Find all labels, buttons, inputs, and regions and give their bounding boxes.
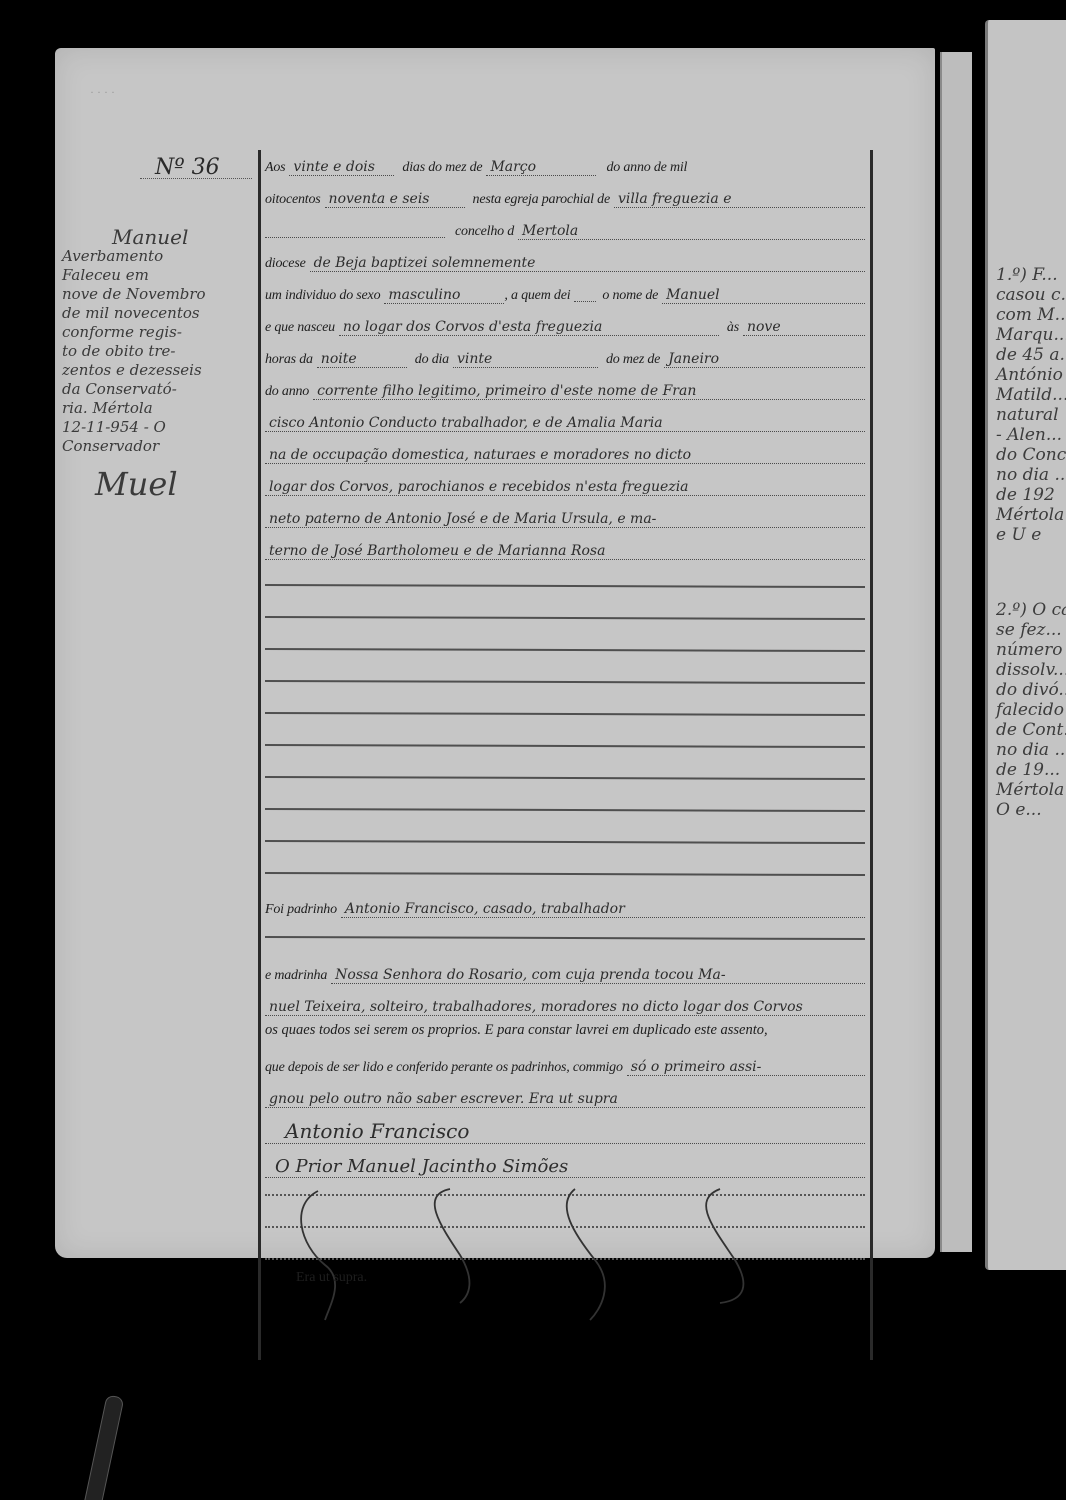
handwritten-birth-month: Janeiro (664, 351, 865, 368)
margin-annotation-line: da Conservató- (62, 380, 257, 399)
margin-column-rule (258, 150, 261, 1360)
printed-text: às (727, 320, 739, 336)
printed-text: o nome de (602, 288, 658, 304)
handwritten-given-name: Manuel (662, 287, 865, 304)
handwritten-municipality: Mertola (518, 223, 865, 240)
handwritten-text: só o primeiro assi- (627, 1059, 865, 1076)
handwritten-godfather: Antonio Francisco, casado, trabalhador (341, 901, 865, 918)
margin-annotation-name: Manuel (62, 228, 257, 247)
entry-number-underline (140, 178, 252, 179)
margin-annotation-line: 12-11-954 - O (62, 418, 257, 437)
facing-page-note-2: 2.º) O ca... se fez... número dissolv...… (996, 600, 1066, 820)
printed-text: do mez de (606, 352, 660, 368)
right-border-rule (870, 150, 873, 1360)
printed-text: concelho d (455, 224, 514, 240)
record-line-11: logar dos Corvos, parochianos e recebido… (265, 470, 865, 496)
printed-text: diocese (265, 256, 306, 272)
era-ut-supra: Era ut supra. (296, 1270, 367, 1286)
handwritten-text: cisco Antonio Conducto trabalhador, e de… (265, 415, 865, 432)
record-line-2: oitocentos noventa e seis nesta egreja p… (265, 182, 865, 208)
handwritten-year: noventa e seis (325, 191, 465, 208)
printed-text: Foi padrinho (265, 902, 337, 918)
record-line-5: um individuo do sexo masculino , a quem … (265, 278, 865, 304)
record-line-10: na de occupação domestica, naturaes e mo… (265, 438, 865, 464)
margin-annotation-line: to de obito tre- (62, 342, 257, 361)
signature-godfather: Antonio Francisco (265, 1119, 865, 1144)
handwritten-period: noite (317, 351, 407, 368)
margin-annotation-line: Averbamento (62, 247, 257, 266)
handwritten-birthplace: no logar dos Corvos d'esta freguezia (339, 319, 719, 336)
godfather-line: Foi padrinho Antonio Francisco, casado, … (265, 892, 865, 918)
handwritten-godmother: Nossa Senhora do Rosario, com cuja prend… (331, 967, 865, 984)
printed-text: , a quem dei (504, 288, 570, 304)
handwritten-day: vinte e dois (289, 159, 394, 176)
printed-text: do anno de mil (606, 160, 687, 176)
handwritten-month: Março (486, 159, 596, 176)
handwritten-text: terno de José Bartholomeu e de Marianna … (265, 543, 865, 560)
printed-text: Aos (265, 160, 285, 176)
printed-text: dias do mez de (402, 160, 482, 176)
record-line-6: e que nasceu no logar dos Corvos d'esta … (265, 310, 865, 336)
facing-page: 1.º) F... casou c... com M... Marqu... d… (985, 20, 1066, 1270)
closing-line-3: gnou pelo outro não saber escrever. Era … (265, 1082, 865, 1108)
printed-text: do dia (415, 352, 449, 368)
margin-annotation-line: conforme regis- (62, 323, 257, 342)
handwritten-text: corrente filho legitimo, primeiro d'este… (313, 383, 865, 400)
record-line-7: horas da noite do dia vinte do mez de Ja… (265, 342, 865, 368)
handwritten-hour: nove (743, 319, 865, 336)
closing-line-2: que depois de ser lido e conferido peran… (265, 1050, 865, 1076)
handwritten-sex: masculino (384, 287, 504, 304)
bleed-through-text: · · · · (90, 85, 115, 100)
printed-text: do anno (265, 384, 309, 400)
margin-signature: Muel (95, 465, 178, 503)
godmother-line-cont: nuel Teixeira, solteiro, trabalhadores, … (265, 990, 865, 1016)
margin-annotation-line: nove de Novembro (62, 285, 257, 304)
page-marker-ribbon (84, 1394, 125, 1500)
margin-annotation: Manuel Averbamento Faleceu em nove de No… (62, 228, 257, 456)
signature-line-1: Antonio Francisco (265, 1112, 865, 1144)
page-binding-edge (940, 52, 972, 1252)
record-line-4: diocese de Beja baptizei solemnemente (265, 246, 865, 272)
printed-text: nesta egreja parochial de (473, 192, 610, 208)
record-line-13: terno de José Bartholomeu e de Marianna … (265, 534, 865, 560)
cancellation-stroke (290, 1185, 360, 1325)
cancellation-stroke (555, 1185, 625, 1325)
record-line-1: Aos vinte e dois dias do mez de Março do… (265, 150, 865, 176)
facing-page-note-1: 1.º) F... casou c... com M... Marqu... d… (996, 265, 1066, 545)
printed-text: um individuo do sexo (265, 288, 380, 304)
godmother-line: e madrinha Nossa Senhora do Rosario, com… (265, 958, 865, 984)
signature-prior: O Prior Manuel Jacintho Simões (265, 1156, 865, 1178)
printed-text: e que nasceu (265, 320, 335, 336)
margin-annotation-line: Faleceu em (62, 266, 257, 285)
handwritten-text: gnou pelo outro não saber escrever. Era … (265, 1091, 865, 1108)
record-line-9: cisco Antonio Conducto trabalhador, e de… (265, 406, 865, 432)
record-line-3: concelho d Mertola (265, 214, 865, 240)
handwritten-parish: villa freguezia e (614, 191, 865, 208)
handwritten-birth-day: vinte (453, 351, 598, 368)
record-line-12: neto paterno de Antonio José e de Maria … (265, 502, 865, 528)
margin-annotation-line: zentos e dezesseis (62, 361, 257, 380)
handwritten-text: nuel Teixeira, solteiro, trabalhadores, … (265, 999, 865, 1016)
printed-text: e madrinha (265, 968, 327, 984)
margin-annotation-line: de mil novecentos (62, 304, 257, 323)
signature-line-2: O Prior Manuel Jacintho Simões (265, 1146, 865, 1178)
margin-annotation-line: Conservador (62, 437, 257, 456)
blank-fill (265, 236, 445, 238)
printed-text: que depois de ser lido e conferido peran… (265, 1060, 623, 1076)
blank-fill (574, 300, 596, 302)
cancellation-stroke (420, 1185, 490, 1315)
handwritten-text: logar dos Corvos, parochianos e recebido… (265, 479, 865, 496)
entry-number: Nº 36 (155, 155, 220, 180)
printed-text: oitocentos (265, 192, 321, 208)
margin-annotation-line: ria. Mértola (62, 399, 257, 418)
handwritten-text: na de occupação domestica, naturaes e mo… (265, 447, 865, 464)
record-line-8: do anno corrente filho legitimo, primeir… (265, 374, 865, 400)
handwritten-diocese: de Beja baptizei solemnemente (310, 255, 865, 272)
handwritten-text: neto paterno de Antonio José e de Maria … (265, 511, 865, 528)
closing-printed-line-1: os quaes todos sei serem os proprios. E … (265, 1022, 865, 1039)
printed-text: horas da (265, 352, 313, 368)
cancellation-stroke (690, 1185, 760, 1315)
